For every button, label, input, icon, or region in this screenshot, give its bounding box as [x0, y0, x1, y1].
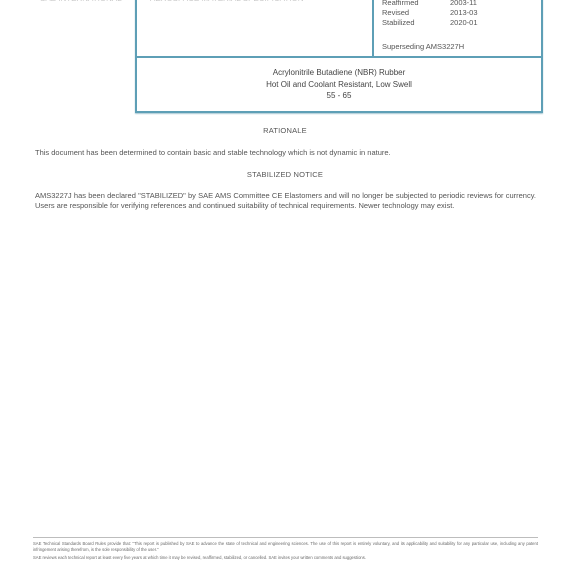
date-value: 2013-03 [450, 8, 478, 18]
document-header-block: Reaffirmed 2003-11 Revised 2013-03 Stabi… [135, 0, 543, 113]
stabilized-notice-text: AMS3227J has been declared "STABILIZED" … [35, 191, 536, 211]
footer-divider [33, 537, 538, 538]
cut-off-publisher-text: SAE INTERNATIONAL [40, 0, 122, 3]
document-title: Acrylonitrile Butadiene (NBR) Rubber Hot… [137, 58, 541, 111]
header-top-row: Reaffirmed 2003-11 Revised 2013-03 Stabi… [137, 0, 541, 58]
superseding-note: Superseding AMS3227H [382, 42, 464, 52]
date-label: Revised [382, 8, 409, 18]
header-left-cell [137, 0, 374, 56]
date-value: 2003-11 [450, 0, 477, 8]
title-line-material: Acrylonitrile Butadiene (NBR) Rubber [137, 67, 541, 79]
date-row-reaffirmed: Reaffirmed 2003-11 [382, 0, 542, 8]
date-row-stabilized: Stabilized 2020-01 [382, 18, 542, 28]
rationale-text: This document has been determined to con… [35, 148, 536, 158]
footer-review-text: SAE reviews each technical report at lea… [33, 555, 538, 561]
title-line-description: Hot Oil and Coolant Resistant, Low Swell [137, 79, 541, 91]
date-row-revised: Revised 2013-03 [382, 8, 542, 18]
rationale-heading: RATIONALE [0, 126, 570, 135]
header-dates-cell: Reaffirmed 2003-11 Revised 2013-03 Stabi… [382, 0, 542, 56]
stabilized-notice-heading: STABILIZED NOTICE [0, 170, 570, 179]
date-label: Stabilized [382, 18, 415, 28]
date-label: Reaffirmed [382, 0, 419, 8]
date-value: 2020-01 [450, 18, 478, 28]
footer-rules-text: SAE Technical Standards Board Rules prov… [33, 541, 538, 552]
title-line-hardness: 55 - 65 [137, 90, 541, 102]
